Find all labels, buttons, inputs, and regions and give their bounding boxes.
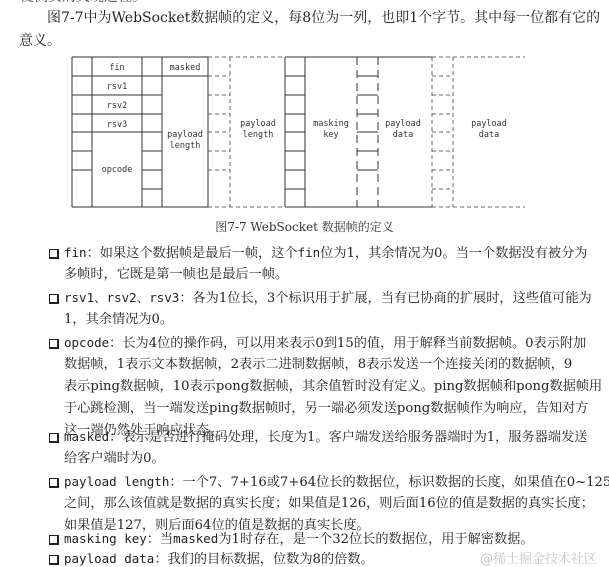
checkbox-bullet-icon: [49, 339, 59, 349]
field-payload-data-more-label-1: payload: [471, 119, 507, 129]
field-payload-length-label-1: payload: [167, 130, 203, 140]
definition-masked-line-2: 给客户端时为0。: [64, 449, 165, 469]
field-rsv3: rsv3: [107, 120, 127, 130]
term-payload-length: payload length: [64, 474, 169, 489]
definition-rsv-line-2: 1，其余情况为0。: [64, 310, 173, 330]
checkbox-bullet-icon: [49, 294, 59, 304]
definition-payload-data-line-1: payload data：我们的目标数据，位数为8的倍数。: [64, 549, 374, 567]
field-masking-key-label-1: masking: [313, 119, 349, 129]
definition-masked-line-1: masked：表示是否进行掩码处理，长度为1。客户端发送给服务器端时为1，服务器…: [64, 427, 588, 448]
definition-text: 为1时存在，是一个32位长的数据位，用于解密数据。: [218, 532, 533, 547]
term-payload-data: payload data: [64, 551, 154, 566]
definition-masking-key-line-1: masking key：当masked为1时存在，是一个32位长的数据位，用于解…: [64, 529, 534, 550]
definition-text: ：我们的目标数据，位数为8的倍数。: [154, 552, 373, 567]
definition-text: 位为1，其余情况为0。当一个数据没有被分为: [320, 246, 587, 261]
checkbox-bullet-icon: [49, 249, 59, 259]
term-masked: masked: [64, 429, 109, 444]
definition-rsv-line-1: rsv1、rsv2、rsv3：各为1位长，3个标识用于扩展，当有已协商的扩展时，…: [64, 288, 592, 309]
term-rsv: rsv1、rsv2、rsv3: [64, 290, 179, 305]
field-opcode: opcode: [102, 165, 133, 175]
definition-text: ：如果这个数据帧是最后一帧，这个: [87, 246, 298, 261]
definition-text: ：各为1位长，3个标识用于扩展，当有已协商的扩展时，这些值可能为: [179, 291, 591, 306]
definition-payload-length-line-2: 之间，那么该值就是数据的真实长度；如果值是126，则后面16位的值是数据的真实长…: [64, 494, 594, 514]
definition-opcode-line-4: 于心跳检测，当一端发送ping数据帧时，另一端必须发送pong数据帧作为响应，告…: [64, 399, 588, 419]
figure-caption: 图7-7 WebSocket 数据帧的定义: [0, 218, 609, 235]
checkbox-bullet-icon: [49, 433, 59, 443]
field-payload-length-label-2: length: [170, 141, 201, 151]
definition-text: ：长为4位的操作码，可以用来表示0到15的值，用于解释当前数据帧。0表示附加: [109, 336, 586, 351]
term-opcode: opcode: [64, 335, 109, 350]
definition-payload-length-line-1: payload length：一个7、7+16或7+64位长的数据位，标识数据的…: [64, 472, 609, 493]
definition-text: ：表示是否进行掩码处理，长度为1。客户端发送给服务器端时为1，服务器端发送: [109, 430, 587, 445]
field-payload-data-more-label-2: data: [479, 130, 499, 140]
definition-opcode-line-2: 数据帧，1表示文本数据帧，2表示二进制数据帧，8表示发送一个连接关闭的数据帧，9: [64, 355, 572, 375]
term-masking-key: masking key: [64, 531, 147, 546]
checkbox-bullet-icon: [49, 535, 59, 545]
term-fin: fin: [64, 245, 87, 260]
field-rsv1: rsv1: [107, 82, 127, 92]
field-fin: fin: [109, 63, 124, 73]
field-ext-payload-length-label-1: payload: [240, 119, 276, 129]
field-ext-payload-length-label-2: length: [243, 130, 274, 140]
checkbox-bullet-icon: [49, 555, 59, 565]
definition-opcode-line-3: 表示ping数据帧，10表示pong数据帧，其余值暂时没有定义。ping数据帧和…: [64, 377, 602, 397]
definition-text: ：当: [147, 532, 173, 547]
definition-opcode-line-1: opcode：长为4位的操作码，可以用来表示0到15的值，用于解释当前数据帧。0…: [64, 333, 586, 354]
definition-fin-line-1: fin：如果这个数据帧是最后一帧，这个fin位为1，其余情况为0。当一个数据没有…: [64, 243, 588, 264]
field-payload-data-label-1: payload: [385, 119, 421, 129]
field-masked: masked: [170, 63, 201, 73]
field-rsv2: rsv2: [107, 101, 127, 111]
inline-code: masked: [173, 531, 218, 546]
watermark: @稀土掘金技术社区: [480, 548, 597, 567]
definition-text: ：一个7、7+16或7+64位长的数据位，标识数据的长度，如果值在0~125: [169, 475, 609, 490]
field-payload-data-label-2: data: [393, 130, 413, 140]
checkbox-bullet-icon: [49, 478, 59, 488]
inline-code: fin: [298, 245, 321, 260]
websocket-frame-diagram: fin rsv1 rsv2 rsv3 opcode masked payload…: [0, 0, 609, 220]
definition-fin-line-2: 多帧时，它既是第一帧也是最后一帧。: [64, 265, 288, 285]
field-masking-key-label-2: key: [323, 130, 338, 140]
